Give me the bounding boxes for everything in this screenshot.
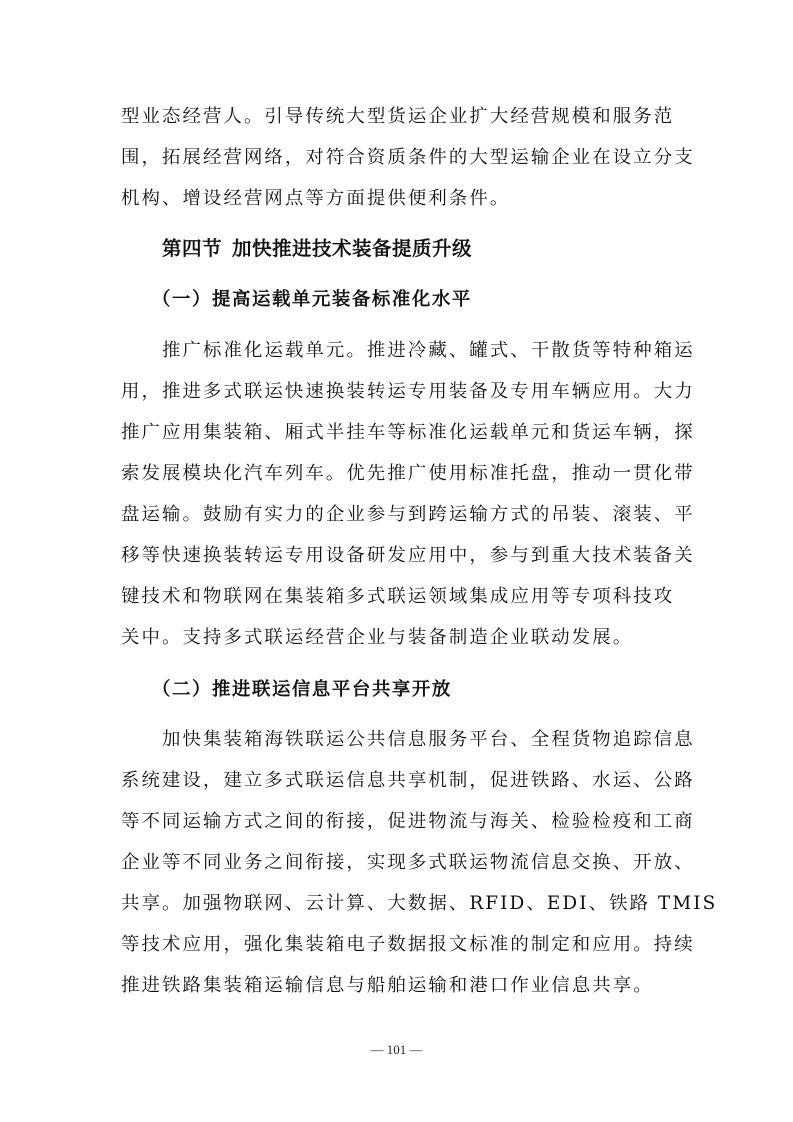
paragraph-line: 加快集装箱海铁联运公共信息服务平台、全程货物追踪信息 [162, 719, 673, 760]
paragraph-line: 等技术应用，强化集装箱电子数据报文标准的制定和应用。持续 [121, 924, 673, 965]
paragraph-line: 推广标准化运载单元。推进冷藏、罐式、干散货等特种箱运 [162, 330, 673, 371]
subsection-heading: （一）提高运载单元装备标准化水平 [152, 280, 472, 320]
paragraph-line: 型业态经营人。引导传统大型货运企业扩大经营规模和服务范 [121, 96, 673, 137]
paragraph-line: 共享。加强物联网、云计算、大数据、RFID、EDI、铁路 TMIS [121, 883, 673, 924]
paragraph-line: 围，拓展经营网络，对符合资质条件的大型运输企业在设立分支 [121, 137, 673, 178]
paragraph-line: 系统建设，建立多式联运信息共享机制，促进铁路、水运、公路 [121, 760, 673, 801]
paragraph-line: 盘运输。鼓励有实力的企业参与到跨运输方式的吊装、滚装、平 [121, 494, 673, 535]
paragraph-line: 键技术和物联网在集装箱多式联运领域集成应用等专项科技攻 [121, 576, 673, 617]
paragraph-line: 推进铁路集装箱运输信息与船舶运输和港口作业信息共享。 [121, 965, 673, 1006]
paragraph-line: 企业等不同业务之间衔接，实现多式联运物流信息交换、开放、 [121, 842, 673, 883]
paragraph-line: 机构、增设经营网点等方面提供便利条件。 [121, 178, 673, 219]
section-heading: 第四节加快推进技术装备提质升级 [162, 229, 472, 269]
section-number: 第四节 [162, 237, 222, 260]
paragraph-line: 关中。支持多式联运经营企业与装备制造企业联动发展。 [121, 617, 673, 658]
subsection-heading: （二）推进联运信息平台共享开放 [152, 670, 452, 710]
section-title: 加快推进技术装备提质升级 [232, 237, 472, 260]
document-page: 型业态经营人。引导传统大型货运企业扩大经营规模和服务范 围，拓展经营网络，对符合… [0, 0, 793, 1122]
paragraph-line: 等不同运输方式之间的衔接，促进物流与海关、检验检疫和工商 [121, 801, 673, 842]
page-number: — 101 — [0, 1038, 793, 1062]
paragraph-line: 索发展模块化汽车列车。优先推广使用标准托盘，推动一贯化带 [121, 453, 673, 494]
paragraph-line: 用，推进多式联运快速换装转运专用装备及专用车辆应用。大力 [121, 371, 673, 412]
paragraph-line: 移等快速换装转运专用设备研发应用中，参与到重大技术装备关 [121, 535, 673, 576]
paragraph-line: 推广应用集装箱、厢式半挂车等标准化运载单元和货运车辆，探 [121, 412, 673, 453]
